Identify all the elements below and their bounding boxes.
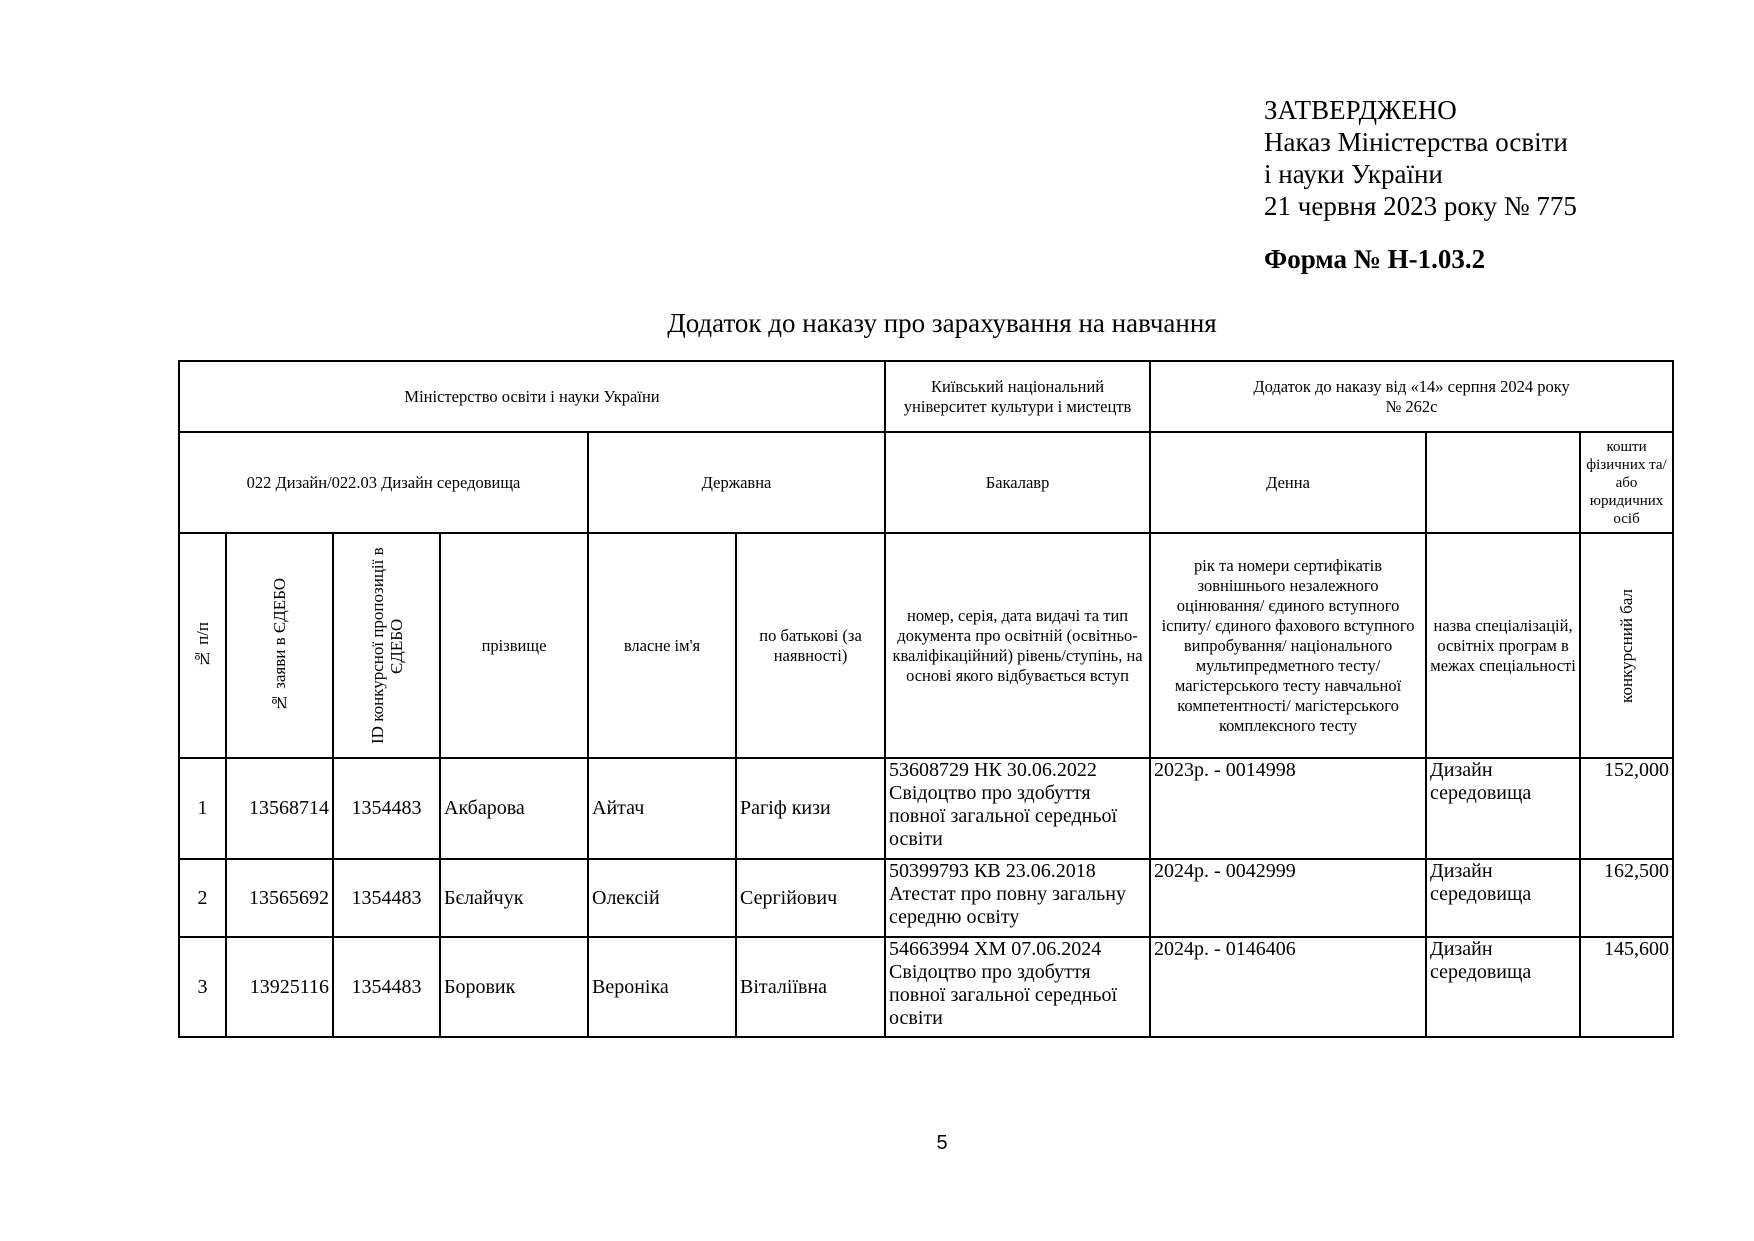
approval-line: і науки України xyxy=(1264,158,1577,190)
col-header-score: конкурсний бал xyxy=(1580,533,1673,758)
col-header-surname: прізвище xyxy=(440,533,588,758)
funding-source-cell: кошти фізичних та/або юридичних осіб xyxy=(1580,432,1673,533)
order-reference-cell: Додаток до наказу від «14» серпня 2024 р… xyxy=(1150,361,1673,432)
table-row: 3 13925116 1354483 Боровик Вероніка Віта… xyxy=(179,937,1673,1037)
row-number: 3 xyxy=(179,937,226,1037)
education-document: 53608729 НК 30.06.2022 Свідоцтво про здо… xyxy=(885,758,1150,859)
patronymic: Рагіф кизи xyxy=(736,758,885,859)
col-header-patronymic: по батькові (за наявності) xyxy=(736,533,885,758)
approval-line: ЗАТВЕРДЖЕНО xyxy=(1264,94,1577,126)
funding-type-cell: Державна xyxy=(588,432,885,533)
order-reference-line1: Додаток до наказу від «14» серпня 2024 р… xyxy=(1154,377,1669,397)
surname: Акбарова xyxy=(440,758,588,859)
approval-stamp: ЗАТВЕРДЖЕНО Наказ Міністерства освіти і … xyxy=(1264,94,1577,222)
row-number: 2 xyxy=(179,859,226,937)
header-row-program: 022 Дизайн/022.03 Дизайн середовища Держ… xyxy=(179,432,1673,533)
document-title: Додаток до наказу про зарахування на нав… xyxy=(0,308,1754,339)
competitive-score: 152,000 xyxy=(1580,758,1673,859)
study-form-cell: Денна xyxy=(1150,432,1426,533)
page-number: 5 xyxy=(0,1132,1754,1155)
specialization: Дизайн середовища xyxy=(1426,859,1580,937)
approval-line: 21 червня 2023 року № 775 xyxy=(1264,190,1577,222)
col-header-application-id: № заяви в ЄДЕБО xyxy=(226,533,333,758)
table-row: 1 13568714 1354483 Акбарова Айтач Рагіф … xyxy=(179,758,1673,859)
certificates: 2024р. - 0146406 xyxy=(1150,937,1426,1037)
specialization: Дизайн середовища xyxy=(1426,937,1580,1037)
competitive-score: 145,600 xyxy=(1580,937,1673,1037)
surname: Боровик xyxy=(440,937,588,1037)
col-header-certificates: рік та номери сертифікатів зовнішнього н… xyxy=(1150,533,1426,758)
offer-id: 1354483 xyxy=(333,937,440,1037)
ministry-cell: Міністерство освіти і науки України xyxy=(179,361,885,432)
row-number: 1 xyxy=(179,758,226,859)
enrollment-table: Міністерство освіти і науки України Київ… xyxy=(178,360,1674,1038)
certificates: 2023р. - 0014998 xyxy=(1150,758,1426,859)
specialization: Дизайн середовища xyxy=(1426,758,1580,859)
empty-cell xyxy=(1426,432,1580,533)
first-name: Вероніка xyxy=(588,937,736,1037)
first-name: Олексій xyxy=(588,859,736,937)
competitive-score: 162,500 xyxy=(1580,859,1673,937)
approval-line: Наказ Міністерства освіти xyxy=(1264,126,1577,158)
first-name: Айтач xyxy=(588,758,736,859)
patronymic: Віталіївна xyxy=(736,937,885,1037)
offer-id: 1354483 xyxy=(333,758,440,859)
university-cell: Київський національний університет культ… xyxy=(885,361,1150,432)
form-number: Форма № Н-1.03.2 xyxy=(1264,244,1485,275)
col-header-first-name: власне ім'я xyxy=(588,533,736,758)
specialty-cell: 022 Дизайн/022.03 Дизайн середовища xyxy=(179,432,588,533)
offer-id: 1354483 xyxy=(333,859,440,937)
header-row-institution: Міністерство освіти і науки України Київ… xyxy=(179,361,1673,432)
certificates: 2024р. - 0042999 xyxy=(1150,859,1426,937)
col-header-specialization: назва спеціалізацій, освітніх програм в … xyxy=(1426,533,1580,758)
col-header-number: № п/п xyxy=(179,533,226,758)
application-id: 13565692 xyxy=(226,859,333,937)
surname: Бєлайчук xyxy=(440,859,588,937)
application-id: 13925116 xyxy=(226,937,333,1037)
order-reference-line2: № 262с xyxy=(1154,397,1669,417)
col-header-document: номер, серія, дата видачі та тип докумен… xyxy=(885,533,1150,758)
col-header-offer-id: ID конкурсної пропозиції в ЄДЕБО xyxy=(333,533,440,758)
education-document: 54663994 ХМ 07.06.2024 Свідоцтво про здо… xyxy=(885,937,1150,1037)
application-id: 13568714 xyxy=(226,758,333,859)
degree-cell: Бакалавр xyxy=(885,432,1150,533)
education-document: 50399793 КВ 23.06.2018 Атестат про повну… xyxy=(885,859,1150,937)
patronymic: Сергійович xyxy=(736,859,885,937)
table-row: 2 13565692 1354483 Бєлайчук Олексій Серг… xyxy=(179,859,1673,937)
column-header-row: № п/п № заяви в ЄДЕБО ID конкурсної проп… xyxy=(179,533,1673,758)
